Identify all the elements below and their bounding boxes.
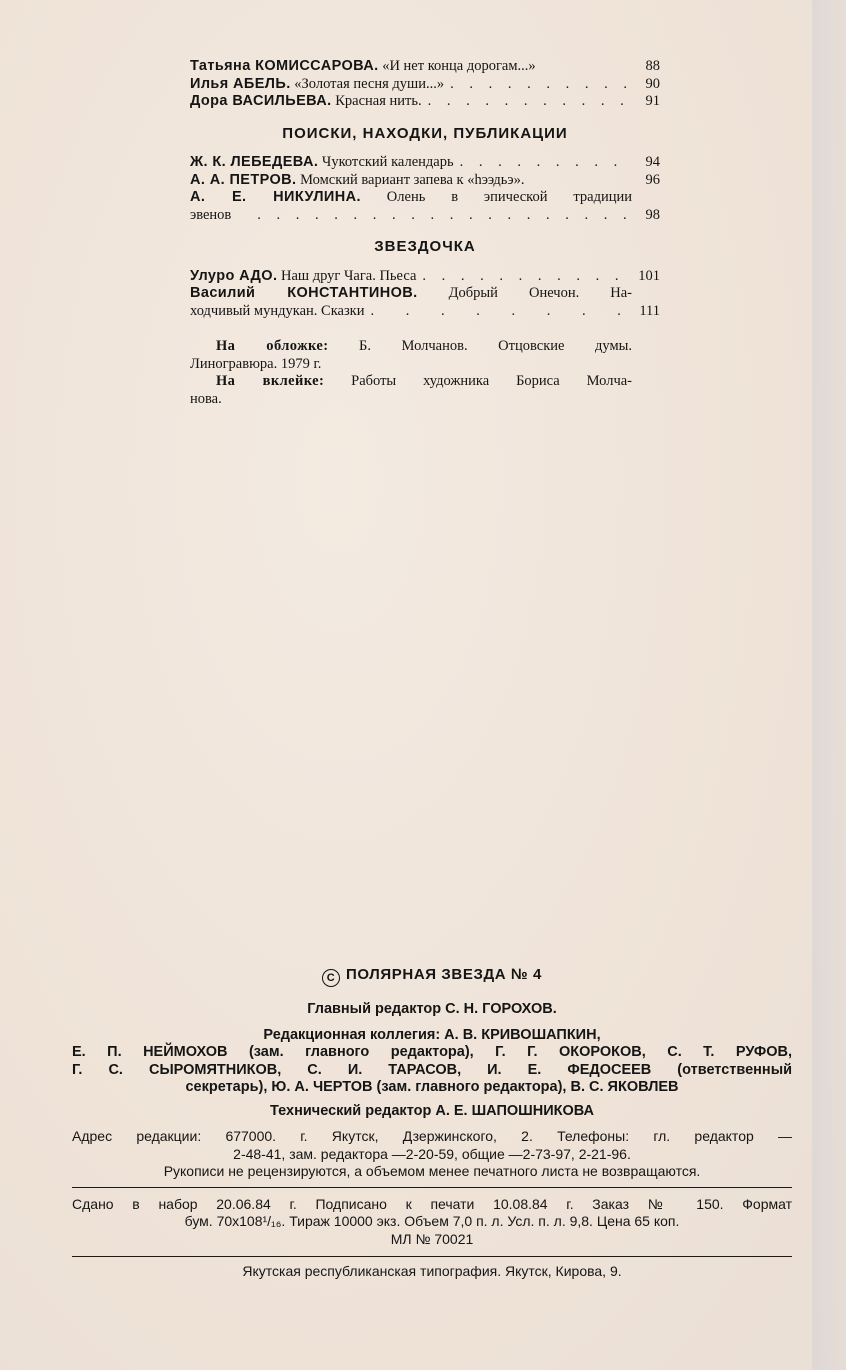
address-line-cont: 2-48-41, зам. редактора —2-20-59, общие … xyxy=(72,1146,792,1164)
cover-text-cont: Линогравюра. 1979 г. xyxy=(190,356,660,374)
toc-entry: Татьяна КОМИССАРОВА. «И нет конца дорога… xyxy=(190,58,660,76)
insert-text: Работы художника Бориса Молча- xyxy=(351,373,632,389)
editorial-board-line: Г. С. СЫРОМЯТНИКОВ, С. И. ТАРАСОВ, И. Е.… xyxy=(72,1062,792,1080)
toc-title: Олень в эпической традиции xyxy=(387,189,632,205)
toc-leader: . . . . . . . . . . . . . . . . . . . . xyxy=(444,76,632,94)
toc-author: Илья АБЕЛЬ. xyxy=(190,76,291,92)
toc-entry: А. Е. НИКУЛИНА. Олень в эпической традиц… xyxy=(190,189,660,224)
toc-title: Наш друг Чага. Пьеса xyxy=(281,268,416,284)
toc-entry: Василий КОНСТАНТИНОВ. Добрый Онечон. На-… xyxy=(190,285,660,320)
toc-leader: . . . . . . . . . . . . . . . . . . . . xyxy=(422,93,632,111)
manuscripts-note: Рукописи не рецензируются, а объемом мен… xyxy=(72,1163,792,1181)
illustration-credits: На обложке: Б. Молчанов. Отцовские думы.… xyxy=(190,338,660,408)
toc-title: Момский вариант запева к «һээдьэ». xyxy=(300,172,524,188)
copyright-icon: C xyxy=(322,969,340,987)
toc-author: Ж. К. ЛЕБЕДЕВА. xyxy=(190,154,318,170)
license-number: МЛ № 70021 xyxy=(72,1231,792,1249)
chief-editor: Главный редактор С. Н. ГОРОХОВ. xyxy=(72,1001,792,1019)
toc-author: Татьяна КОМИССАРОВА. xyxy=(190,58,379,74)
toc-entry: Улуро АДО. Наш друг Чага. Пьеса . . . . … xyxy=(190,268,660,286)
toc-title: Чукотский календарь xyxy=(322,154,454,170)
printer-info: Якутская республиканская типография. Яку… xyxy=(72,1263,792,1281)
table-of-contents: Татьяна КОМИССАРОВА. «И нет конца дорога… xyxy=(190,58,660,408)
toc-page: 88 xyxy=(632,58,660,76)
toc-page: 94 xyxy=(632,154,660,172)
toc-group-search: Ж. К. ЛЕБЕДЕВА. Чукотский календарь . . … xyxy=(190,154,660,224)
divider xyxy=(72,1187,792,1188)
toc-page: 111 xyxy=(632,303,660,321)
section-heading-search: ПОИСКИ, НАХОДКИ, ПУБЛИКАЦИИ xyxy=(190,125,660,143)
cover-label: На обложке: xyxy=(216,338,328,354)
toc-leader: . . . . . . . . . . . . . . . . . . . . xyxy=(454,154,632,172)
toc-entry: Илья АБЕЛЬ. «Золотая песня души...» . . … xyxy=(190,76,660,94)
toc-leader: . . . . . . . . . . . . . . . . . . . . xyxy=(416,268,632,286)
editorial-board-line: Е. П. НЕЙМОХОВ (зам. главного редактора)… xyxy=(72,1044,792,1062)
journal-title: ПОЛЯРНАЯ ЗВЕЗДА № 4 xyxy=(346,966,542,983)
toc-entry: Дора ВАСИЛЬЕВА. Красная нить. . . . . . … xyxy=(190,93,660,111)
editorial-board-heading: Редакционная коллегия: А. В. КРИВОШАПКИН… xyxy=(72,1027,792,1045)
toc-title: «Золотая песня души...» xyxy=(294,76,444,92)
toc-author: Дора ВАСИЛЬЕВА. xyxy=(190,93,332,109)
print-info-line: бум. 70x108¹/₁₆. Тираж 10000 экз. Объем … xyxy=(72,1213,792,1231)
toc-entry: Ж. К. ЛЕБЕДЕВА. Чукотский календарь . . … xyxy=(190,154,660,172)
toc-page: 98 xyxy=(632,207,660,225)
technical-editor: Технический редактор А. Е. ШАПОШНИКОВА xyxy=(72,1103,792,1121)
print-info-line: Сдано в набор 20.06.84 г. Подписано к пе… xyxy=(72,1196,792,1214)
toc-author: А. Е. НИКУЛИНА. xyxy=(190,189,361,205)
cover-text: Б. Молчанов. Отцовские думы. xyxy=(359,338,632,354)
toc-group-star: Улуро АДО. Наш друг Чага. Пьеса . . . . … xyxy=(190,268,660,321)
divider xyxy=(72,1256,792,1257)
toc-author: Василий КОНСТАНТИНОВ. xyxy=(190,285,418,301)
address-line: Адрес редакции: 677000. г. Якутск, Дзерж… xyxy=(72,1128,792,1146)
toc-title: «И нет конца дорогам...» xyxy=(382,58,535,74)
toc-leader: . . . . . . . . . . . . . . xyxy=(364,303,632,321)
toc-leader: . . . . . . . . . . . . . . . . . . . . … xyxy=(231,207,632,225)
section-heading-star: ЗВЕЗДОЧКА xyxy=(190,238,660,256)
insert-text-cont: нова. xyxy=(190,391,660,409)
toc-entry: А. А. ПЕТРОВ. Момский вариант запева к «… xyxy=(190,172,660,190)
toc-title-cont: ходчивый мундукан. Сказки xyxy=(190,303,364,321)
toc-title: Добрый Онечон. На- xyxy=(449,285,632,301)
toc-author: Улуро АДО. xyxy=(190,268,277,284)
toc-page: 96 xyxy=(632,172,660,190)
toc-title: Красная нить. xyxy=(335,93,421,109)
show-through-shadow xyxy=(30,60,81,187)
toc-page: 91 xyxy=(632,93,660,111)
toc-page: 101 xyxy=(632,268,660,286)
toc-page: 90 xyxy=(632,76,660,94)
insert-label: На вклейке: xyxy=(216,373,324,389)
journal-title-line: CПОЛЯРНАЯ ЗВЕЗДА № 4 xyxy=(72,966,792,987)
colophon: CПОЛЯРНАЯ ЗВЕЗДА № 4 Главный редактор С.… xyxy=(72,966,792,1281)
toc-title-cont: эвенов xyxy=(190,207,231,225)
toc-group-top: Татьяна КОМИССАРОВА. «И нет конца дорога… xyxy=(190,58,660,111)
toc-author: А. А. ПЕТРОВ. xyxy=(190,172,296,188)
editorial-board-line: секретарь), Ю. А. ЧЕРТОВ (зам. главного … xyxy=(72,1079,792,1097)
